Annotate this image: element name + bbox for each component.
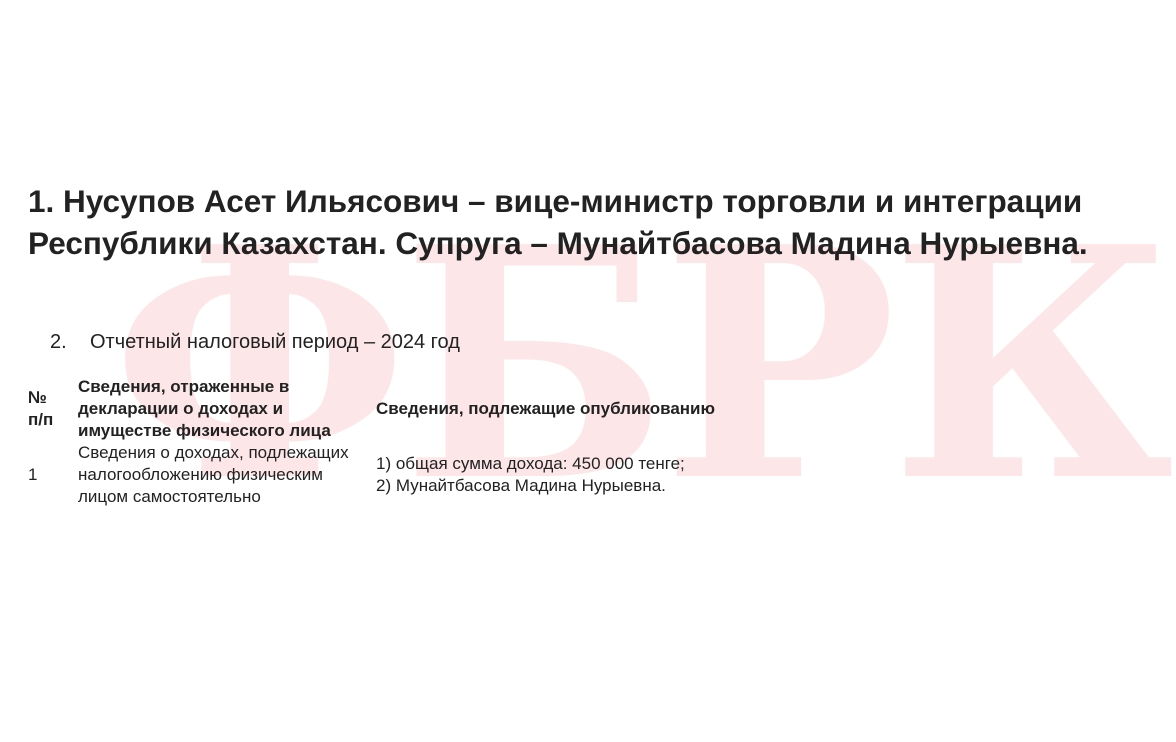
published-line-spouse: 2) Мунайтбасова Мадина Нурыевна. (376, 475, 796, 497)
header-published: Сведения, подлежащие опубликованию (372, 376, 800, 442)
list-number: 2. (50, 329, 90, 355)
row-num: 1 (24, 442, 74, 508)
header-num: № п/п (24, 376, 74, 442)
declaration-table: № п/п Сведения, отраженные в декларации … (24, 376, 800, 508)
table-row: 1 Сведения о доходах, подлежащих налогоо… (24, 442, 800, 508)
row-declared: Сведения о доходах, подлежащих налогообл… (74, 442, 372, 508)
published-line-income: 1) общая сумма дохода: 450 000 тенге; (376, 453, 796, 475)
document-body: 1. Нусупов Асет Ильясович – вице-министр… (0, 0, 1176, 742)
row-published: 1) общая сумма дохода: 450 000 тенге; 2)… (372, 442, 800, 508)
header-declared: Сведения, отраженные в декларации о дохо… (74, 376, 372, 442)
tax-period-item: 2.Отчетный налоговый период – 2024 год (50, 329, 460, 355)
tax-period-text: Отчетный налоговый период – 2024 год (90, 331, 460, 353)
page-title: 1. Нусупов Асет Ильясович – вице-министр… (28, 180, 1138, 264)
table-header-row: № п/п Сведения, отраженные в декларации … (24, 376, 800, 442)
